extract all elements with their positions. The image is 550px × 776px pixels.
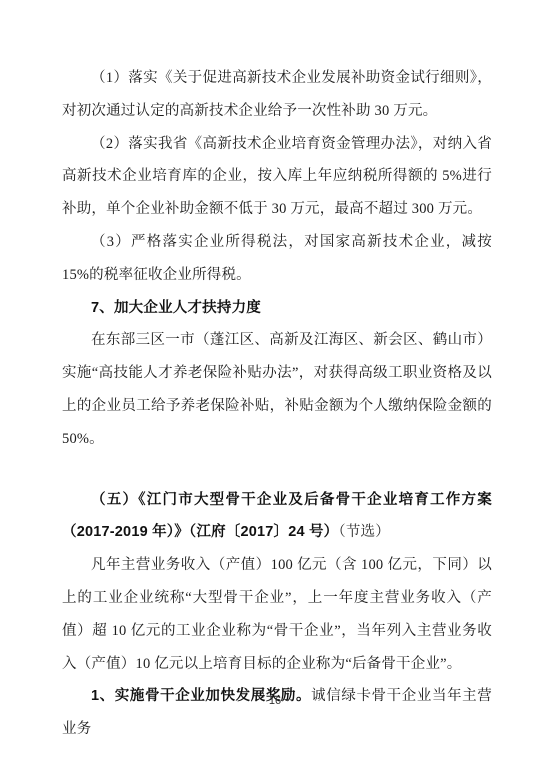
- section-heading-main: （五）《江门市大型骨干企业及后备骨干企业培育工作方案（2017-2019 年）》…: [62, 492, 492, 541]
- heading-talent-support: 7、加大企业人才扶持力度: [62, 292, 492, 325]
- paragraph-pension-subsidy: 在东部三区一市（蓬江区、高新及江海区、新会区、鹤山市）实施“高技能人才养老保险补…: [62, 324, 492, 455]
- paragraph-backbone-definition: 凡年主营业务收入（产值）100 亿元（含 100 亿元，下同）以上的工业企业统称…: [62, 549, 492, 680]
- page-footer: 16: [0, 691, 550, 709]
- section-heading-backbone-enterprises: （五）《江门市大型骨干企业及后备骨干企业培育工作方案（2017-2019 年）》…: [62, 484, 492, 550]
- section-heading-excerpt-note: （节选）: [338, 524, 390, 540]
- document-body: （1）落实《关于促进高新技术企业发展补助资金试行细则》，对初次通过认定的高新技术…: [62, 62, 492, 746]
- page-number: 16: [269, 695, 281, 707]
- paragraph-income-tax: （3）严格落实企业所得税法，对国家高新技术企业，减按 15%的税率征收企业所得税…: [62, 226, 492, 292]
- paragraph-cultivation-fund: （2）落实我省《高新技术企业培育资金管理办法》，对纳入省高新技术企业培育库的企业…: [62, 128, 492, 226]
- document-page: （1）落实《关于促进高新技术企业发展补助资金试行细则》，对初次通过认定的高新技术…: [0, 0, 550, 776]
- paragraph-subsidy-trial-rules: （1）落实《关于促进高新技术企业发展补助资金试行细则》，对初次通过认定的高新技术…: [62, 62, 492, 128]
